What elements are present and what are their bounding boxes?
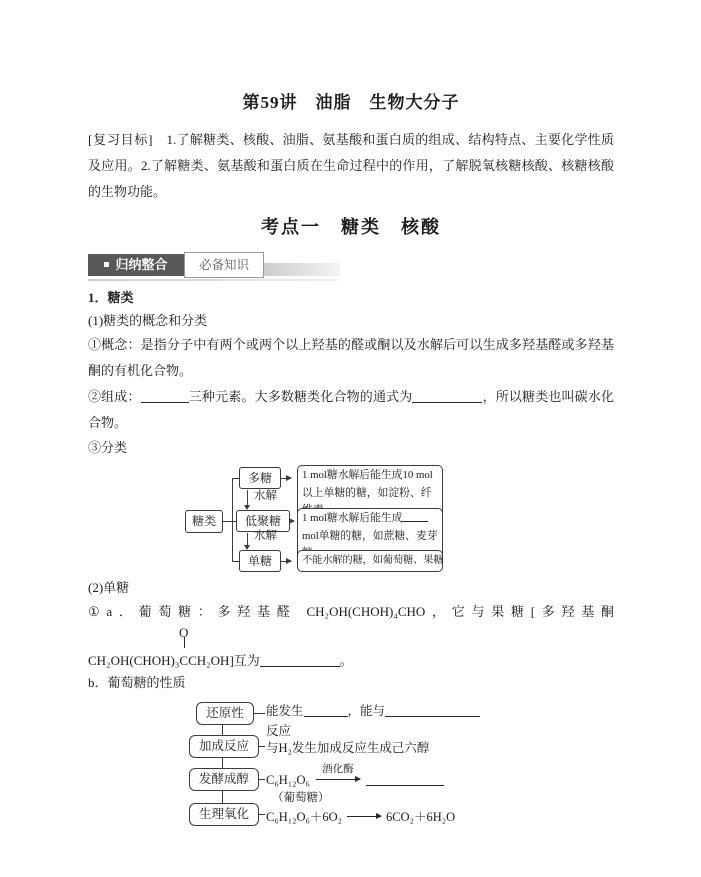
hydrolysis-label: 水解 [254, 529, 277, 544]
banner-tab-knowledge: 必备知识 [184, 252, 264, 278]
banner-tab-summary-label: 归纳整合 [115, 257, 167, 272]
property-box-oxidation: 生理氧化 [189, 803, 259, 826]
node-polysaccharide: 多糖 [239, 467, 281, 489]
paragraph-concept: ①概念：是指分子中有两个或两个以上羟基的醛或酮以及水解后可以生成多羟基醛或多羟基… [88, 332, 614, 384]
property-box-addition: 加成反应 [189, 735, 259, 758]
bullet-square-icon [104, 262, 109, 267]
banner-underline [88, 279, 338, 281]
connector-line [223, 521, 232, 522]
catalyst-label: 酒化酶 [322, 763, 354, 777]
subheading-glucose-properties: b．葡萄糖的性质 [88, 671, 614, 694]
connector-dash [259, 746, 265, 747]
reaction-arrow-icon [347, 816, 381, 817]
page-content: 第59讲 油脂 生物大分子 [复习目标] 1.了解糖类、核酸、油脂、氨基酸和蛋白… [88, 0, 614, 830]
fructose-structural-formula: CH₂OH(CHOH)₃OCCH₂OH]互为。 [88, 624, 614, 671]
oxidation-rhs: 6CO₂＋6H₂O [386, 810, 455, 824]
sugar-classification-diagram: 糖类 多糖 低聚糖 单糖 水解 水解 1 mol糖水解后能生成10 mol以上单… [185, 462, 455, 576]
desc-oligo-pre: 1 mol糖水解后能生成 [302, 512, 402, 524]
connector-dash [254, 713, 265, 714]
blank-line [260, 654, 340, 667]
property-box-fermentation: 发酵成醇 [189, 768, 259, 791]
section-heading: 考点一 糖类 核酸 [88, 212, 614, 242]
heading-sugar: 1．糖类 [88, 286, 614, 309]
fermentation-equation: C₆H₁₂O₆酒化酶 [266, 771, 444, 790]
right-arrow-icon [281, 478, 291, 479]
banner-tab-summary: 归纳整合 [88, 254, 184, 276]
period: 。 [340, 653, 353, 668]
node-sugar: 糖类 [185, 510, 223, 533]
hydrolysis-label: 水解 [254, 489, 277, 504]
double-bond-line [184, 637, 185, 648]
struct-chain-left: CH₂OH(CHOH)₃ [88, 653, 179, 668]
section-banner: 归纳整合 必备知识 [88, 252, 614, 280]
subheading-classification: ③分类 [88, 436, 614, 459]
lesson-title: 第59讲 油脂 生物大分子 [88, 92, 614, 114]
document-page: 第59讲 油脂 生物大分子 [复习目标] 1.了解糖类、核酸、油脂、氨基酸和蛋白… [0, 0, 701, 877]
carbonyl-carbon: C [179, 653, 188, 668]
objectives-label: [复习目标] [88, 132, 153, 147]
subheading-concept-classification: (1)糖类的概念和分类 [88, 309, 614, 332]
paragraph-composition: ②组成：三种元素。大多数糖类化合物的通式为，所以糖类也叫碳水化合物。 [88, 384, 614, 436]
reducibility-text: 能发生，能与反应 [266, 701, 480, 741]
bracket-isomer-text: ]互为 [229, 653, 259, 668]
blank-line [141, 390, 189, 403]
glucose-properties-diagram: 还原性 加成反应 发酵成醇 生理氧化 能发生，能与反应 与H₂发生加成反应生成己… [88, 698, 614, 830]
review-objectives: [复习目标] 1.了解糖类、核酸、油脂、氨基酸和蛋白质的组成、结构特点、主要化学… [88, 127, 614, 205]
composition-mid: 三种元素。大多数糖类化合物的通式为 [189, 389, 413, 404]
glucose-formula: CH₂OH(CHOH)₄CHO [306, 604, 425, 619]
reducibility-line2: 反应 [266, 724, 291, 738]
connector-dash [259, 814, 265, 815]
reaction-arrow-icon: 酒化酶 [316, 779, 360, 780]
fermentation-formula: C₆H₁₂O₆ [266, 773, 310, 787]
glucose-intro-line: ①a．葡萄糖：多羟基醛 CH₂OH(CHOH)₄CHO，它与果糖[多羟基酮 [88, 599, 614, 624]
oxidation-lhs: C₆H₁₂O₆＋6O₂ [266, 810, 342, 824]
blank-line [402, 512, 428, 522]
hydrolysis-down-arrow [247, 533, 248, 545]
property-box-reducibility: 还原性 [196, 702, 254, 725]
desc-monosaccharide: 不能水解的糖，如葡萄糖、果糖 [297, 550, 443, 572]
connector-line [232, 478, 233, 562]
blank-line [385, 704, 480, 717]
reducibility-mid: ，能与 [348, 704, 386, 718]
blank-line [412, 390, 482, 403]
carbonyl-group: OC [179, 651, 188, 671]
banner-strip [264, 263, 340, 276]
oxidation-equation: C₆H₁₂O₆＋6O₂6CO₂＋6H₂O [266, 808, 455, 827]
reducibility-pre: 能发生 [266, 704, 304, 718]
glucose-intro-pre: ①a．葡萄糖：多羟基醛 [88, 604, 297, 619]
fermentation-name: （葡萄糖） [272, 789, 330, 808]
connector-line [222, 714, 223, 806]
addition-text: 与H₂发生加成反应生成己六醇 [266, 739, 429, 758]
composition-prefix: ②组成： [88, 389, 141, 404]
objectives-text: 1.了解糖类、核酸、油脂、氨基酸和蛋白质的组成、结构特点、主要化学性质及应用。2… [88, 132, 614, 199]
connector-dash [259, 779, 265, 780]
node-monosaccharide: 单糖 [239, 550, 281, 572]
right-arrow-icon [281, 561, 291, 562]
struct-chain-right: CH₂OH [188, 653, 229, 668]
glucose-intro-post: ，它与果糖[多羟基酮 [425, 604, 614, 619]
blank-line [366, 773, 444, 786]
subheading-monosaccharide: (2)单糖 [88, 576, 614, 599]
hydrolysis-down-arrow [247, 490, 248, 505]
blank-line [304, 704, 348, 717]
right-arrow-icon [290, 521, 294, 522]
